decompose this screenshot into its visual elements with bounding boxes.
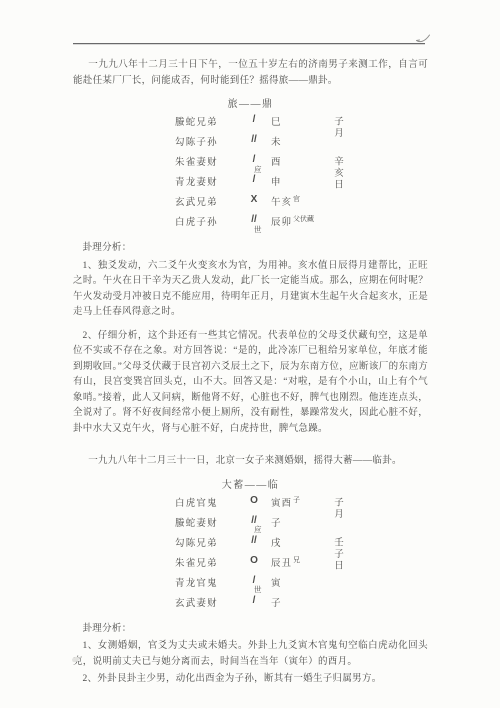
line-symbol: //世 — [241, 214, 267, 225]
branch-text: 辰卯 — [271, 218, 292, 228]
line-label: 勾陈兄弟 — [175, 535, 241, 549]
line-branch: 子 — [271, 515, 283, 529]
hexagram1-line-5: 勾陈子孙 // 未 — [175, 134, 428, 154]
yao-glyph: / — [253, 114, 256, 125]
line-symbol: O — [241, 495, 267, 506]
line-symbol: / — [241, 114, 267, 125]
line-label: 玄武妻财 — [175, 595, 241, 609]
line-label: 朱雀兄弟 — [175, 555, 241, 569]
branch-annotation: 兄 — [293, 556, 300, 564]
branch-text: 寅 — [271, 579, 282, 589]
line-symbol: O — [241, 555, 267, 566]
line-label: 朱雀妻财 — [175, 154, 241, 168]
hexagram1-title: 旅——鼎 — [73, 95, 428, 110]
line-branch: 辰丑兄 — [271, 555, 300, 569]
hexagram2-chart: 白虎官鬼 O 寅酉子 螣蛇妻财 //应 子 勾陈兄弟 // 戌 朱雀兄弟 O 辰… — [175, 495, 428, 617]
hexagram1-line-1: 白虎子孙 //世 辰卯父伏藏 — [175, 214, 428, 234]
analysis-heading-1: 卦理分析： — [73, 241, 428, 257]
yao-glyph: O — [250, 495, 258, 506]
hexagram1-line-2: 玄武兄弟 X 午亥官 — [175, 194, 428, 214]
pen-mark-icon — [415, 33, 431, 46]
day-pillar: 壬子日 — [332, 537, 342, 572]
analysis-heading-2: 卦理分析： — [73, 622, 428, 638]
branch-text: 未 — [271, 138, 282, 148]
hexagram2-line-1: 玄武妻财 / 子 — [175, 595, 428, 615]
case2-intro: 一九九八年十二月三十一日，北京一女子来测婚姻，摇得大蓄——临卦。 — [73, 454, 428, 470]
analysis2-item-1: 1、女测婚姻，官爻为丈夫或未婚夫。外卦上九爻寅木官鬼旬空临白虎动化回头克，说明前… — [73, 639, 428, 670]
date-column: 子月 壬子日 — [331, 497, 343, 572]
yao-glyph: // — [251, 134, 257, 145]
line-branch: 巳 — [271, 114, 283, 128]
branch-text: 申 — [271, 178, 282, 188]
line-symbol: / — [241, 174, 267, 185]
branch-text: 巳 — [271, 118, 282, 128]
line-label: 青龙妻财 — [175, 174, 241, 188]
yao-glyph: / — [253, 595, 256, 606]
hexagram2-line-6: 白虎官鬼 O 寅酉子 — [175, 495, 428, 515]
hexagram2-line-2: 青龙官鬼 /世 寅 — [175, 575, 428, 595]
hexagram2-line-3: 朱雀兄弟 O 辰丑兄 — [175, 555, 428, 575]
line-symbol: /世 — [241, 575, 267, 586]
line-branch: 子 — [271, 595, 283, 609]
hexagram1-chart: 螣蛇兄弟 / 巳 勾陈子孙 // 未 朱雀妻财 /应 酉 青龙妻财 / 申 玄武… — [175, 114, 428, 236]
top-rule — [73, 43, 425, 44]
line-symbol: /应 — [241, 154, 267, 165]
shi-ying-mark: 世 — [254, 584, 262, 595]
line-branch: 辰卯父伏藏 — [271, 214, 314, 228]
day-pillar: 辛亥日 — [332, 156, 342, 191]
branch-text: 寅酉 — [271, 499, 292, 509]
branch-text: 子 — [271, 599, 282, 609]
case1-intro: 一九九八年十二月三十日下午，一位五十岁左右的济南男子来测工作，自言可能赴任某厂厂… — [73, 58, 428, 89]
branch-annotation: 父伏藏 — [293, 215, 314, 223]
month-pillar: 子月 — [332, 116, 342, 139]
line-symbol: X — [241, 194, 267, 205]
line-label: 青龙官鬼 — [175, 575, 241, 589]
line-symbol: / — [241, 595, 267, 606]
yao-glyph: // — [251, 535, 257, 546]
shi-ying-mark: 世 — [254, 224, 262, 235]
line-label: 白虎官鬼 — [175, 495, 241, 509]
hexagram2-title: 大蓄——临 — [73, 476, 428, 491]
hexagram1-line-4: 朱雀妻财 /应 酉 — [175, 154, 428, 174]
line-symbol: // — [241, 134, 267, 145]
analysis1-item-2: 2、仔细分析，这个卦还有一些其它情况。代表单位的父母爻伏藏旬空，这是单位不实或不… — [73, 329, 428, 438]
line-branch: 午亥官 — [271, 194, 300, 208]
date-column: 子月 辛亥日 — [331, 116, 343, 191]
line-label: 螣蛇兄弟 — [175, 114, 241, 128]
yao-glyph: / — [253, 174, 256, 185]
branch-text: 子 — [271, 519, 282, 529]
line-symbol: // — [241, 535, 267, 546]
hexagram1-line-6: 螣蛇兄弟 / 巳 — [175, 114, 428, 134]
shi-ying-mark: 应 — [254, 524, 262, 535]
branch-annotation: 官 — [293, 195, 300, 203]
line-branch: 寅酉子 — [271, 495, 300, 509]
branch-annotation: 子 — [293, 496, 300, 504]
line-label: 螣蛇妻财 — [175, 515, 241, 529]
line-branch: 寅 — [271, 575, 283, 589]
analysis1-item-1: 1、独爻发动，六二爻午火变亥水为官，为用神。亥水值日辰得月建帮比，正旺之时。午火… — [73, 259, 428, 321]
line-symbol: //应 — [241, 515, 267, 526]
month-pillar: 子月 — [332, 497, 342, 520]
analysis2-item-2: 2、外卦艮卦主少男，动化出酉金为子孙，断其有一婚生子归属男方。 — [73, 672, 428, 688]
branch-text: 辰丑 — [271, 559, 292, 569]
line-branch: 酉 — [271, 154, 283, 168]
line-branch: 戌 — [271, 535, 283, 549]
yao-glyph: O — [250, 555, 258, 566]
branch-text: 酉 — [271, 158, 282, 168]
branch-text: 戌 — [271, 539, 282, 549]
branch-text: 午亥 — [271, 198, 292, 208]
line-label: 白虎子孙 — [175, 214, 241, 228]
yao-glyph: X — [251, 194, 258, 205]
line-label: 勾陈子孙 — [175, 134, 241, 148]
line-branch: 申 — [271, 174, 283, 188]
hexagram2-line-4: 勾陈兄弟 // 戌 — [175, 535, 428, 555]
hexagram1-line-3: 青龙妻财 / 申 — [175, 174, 428, 194]
shi-ying-mark: 应 — [254, 164, 262, 175]
line-label: 玄武兄弟 — [175, 194, 241, 208]
document-page: 一九九八年十二月三十日下午，一位五十岁左右的济南男子来测工作，自言可能赴任某厂厂… — [0, 0, 500, 708]
hexagram2-line-5: 螣蛇妻财 //应 子 — [175, 515, 428, 535]
line-branch: 未 — [271, 134, 283, 148]
